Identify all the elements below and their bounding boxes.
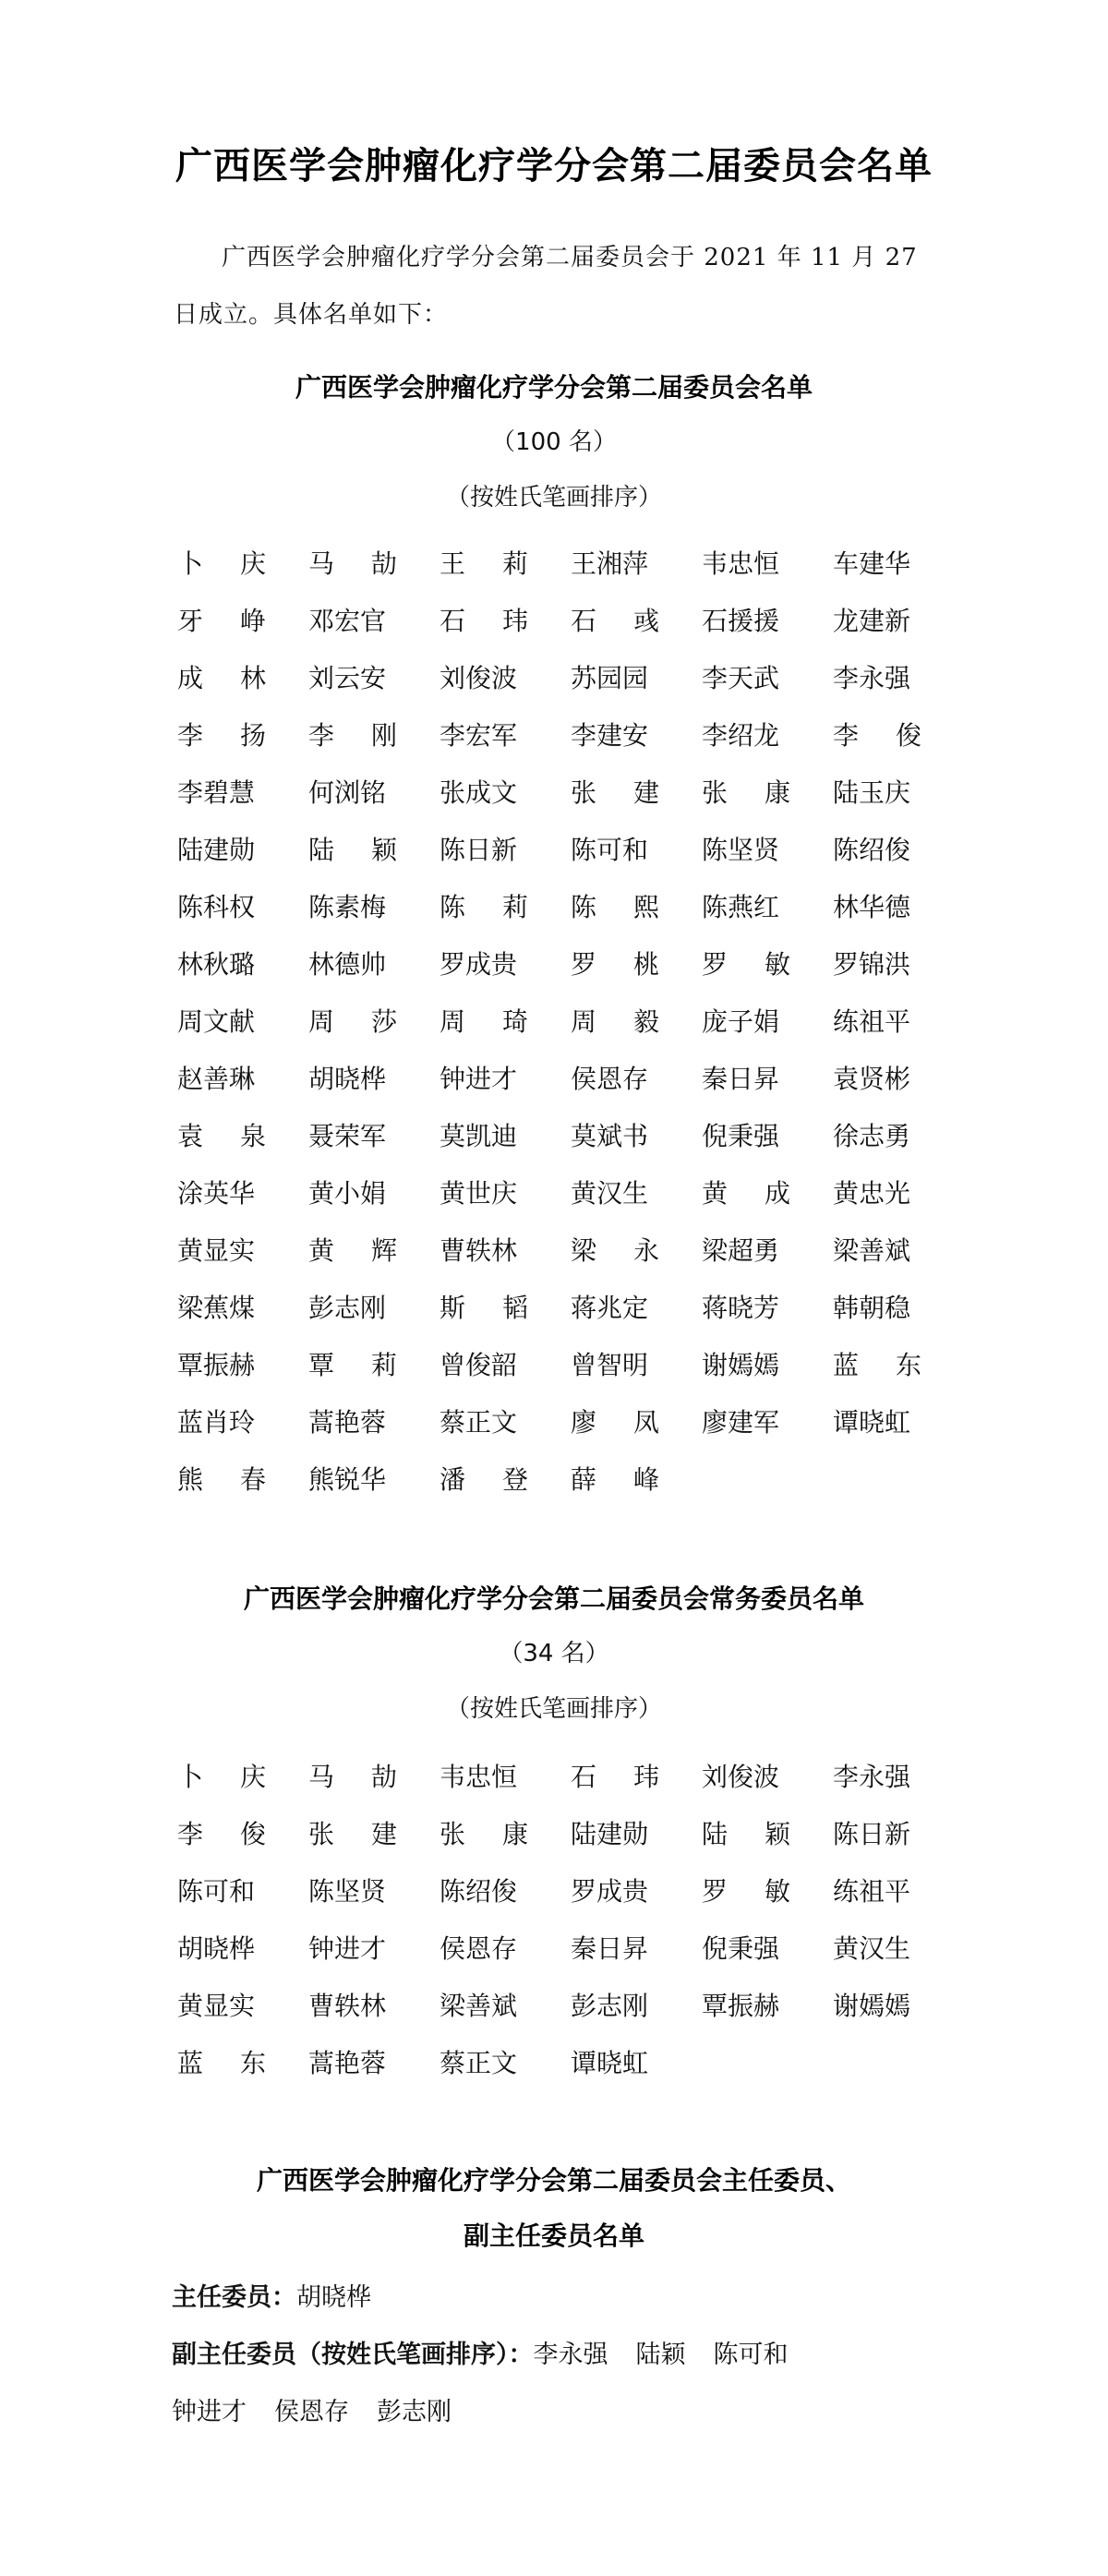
member-name: 李天武 (702, 658, 790, 695)
leadership-title-line2: 副主任委员名单 (0, 2216, 1108, 2253)
vice-chair-line-continued: 钟进才侯恩存彭志刚 (172, 2391, 966, 2427)
member-name: 蒿艳蓉 (308, 1402, 397, 1439)
member-name: 陈可和 (177, 1872, 266, 1908)
member-name: 梁善斌 (833, 1231, 921, 1268)
member-name: 蓝东 (833, 1345, 921, 1382)
member-name: 莫凯迪 (440, 1116, 528, 1153)
member-name: 陈素梅 (308, 887, 397, 924)
member-name: 陆建勋 (177, 830, 266, 867)
member-name: 李宏军 (440, 716, 528, 752)
member-name: 黄忠光 (833, 1174, 921, 1210)
member-name: 陈日新 (440, 830, 528, 867)
member-name: 周莎 (308, 1002, 397, 1039)
member-name: 罗锦洪 (833, 945, 921, 981)
member-name: 苏园园 (571, 658, 659, 695)
member-name: 徐志勇 (833, 1116, 921, 1153)
member-name: 袁贤彬 (833, 1059, 921, 1096)
member-name: 李永强 (833, 1757, 921, 1794)
member-name: 李俊 (833, 716, 921, 752)
member-name: 覃莉 (308, 1345, 397, 1382)
member-name: 蒋兆定 (571, 1288, 659, 1325)
member-name: 刘俊波 (440, 658, 528, 695)
member-name: 黄汉生 (833, 1929, 921, 1966)
member-name: 胡晓桦 (177, 1929, 266, 1966)
member-name: 周文献 (177, 1002, 266, 1039)
member-name: 蓝肖玲 (177, 1402, 266, 1439)
member-name: 黄显实 (177, 1986, 266, 2023)
member-name: 张康 (440, 1814, 528, 1851)
member-name: 韩朝稳 (833, 1288, 921, 1325)
member-name: 熊春 (177, 1460, 266, 1497)
member-name: 周琦 (440, 1002, 528, 1039)
document-title: 广西医学会肿瘤化疗学分会第二届委员会名单 (0, 137, 1108, 189)
committee-section-title: 广西医学会肿瘤化疗学分会第二届委员会名单 (0, 367, 1108, 404)
member-name: 胡晓桦 (308, 1059, 397, 1096)
member-name: 李扬 (177, 716, 266, 752)
chair-label: 主任委员： (172, 2283, 296, 2312)
member-name: 罗敏 (702, 1872, 790, 1908)
vice-chair-name: 侯恩存 (274, 2398, 349, 2426)
vice-chair-name: 钟进才 (172, 2398, 247, 2426)
member-name: 罗成贵 (571, 1872, 659, 1908)
member-name: 周毅 (571, 1002, 659, 1039)
vice-chair-name: 李永强 (534, 2341, 608, 2369)
member-name: 谭晓虹 (571, 2043, 659, 2080)
member-name: 刘云安 (308, 658, 397, 695)
member-name: 陈绍俊 (833, 830, 921, 867)
member-name: 谢嫣嫣 (833, 1986, 921, 2023)
member-name: 黄汉生 (571, 1174, 659, 1210)
member-name: 张成文 (440, 773, 528, 810)
member-name: 马劼 (308, 544, 397, 581)
member-name: 梁蕉煤 (177, 1288, 266, 1325)
member-name: 薛峰 (571, 1460, 659, 1497)
member-name: 牙峥 (177, 601, 266, 638)
member-name: 李建安 (571, 716, 659, 752)
member-name: 倪秉强 (702, 1116, 790, 1153)
member-name: 林华德 (833, 887, 921, 924)
member-name: 陆颖 (308, 830, 397, 867)
member-name: 张建 (571, 773, 659, 810)
member-name: 罗桃 (571, 945, 659, 981)
member-name: 梁永 (571, 1231, 659, 1268)
standing-committee-order-note: （按姓氏笔画排序） (0, 1690, 1108, 1724)
member-name: 车建华 (833, 544, 921, 581)
member-name: 张建 (308, 1814, 397, 1851)
member-name: 韦忠恒 (702, 544, 790, 581)
member-name: 韦忠恒 (440, 1757, 528, 1794)
member-name: 蔡正文 (440, 2043, 528, 2080)
leadership-title-line1: 广西医学会肿瘤化疗学分会第二届委员会主任委员、 (0, 2161, 1108, 2197)
member-name: 庞子娟 (702, 1002, 790, 1039)
member-name: 罗成贵 (440, 945, 528, 981)
member-name: 梁超勇 (702, 1231, 790, 1268)
member-name: 李绍龙 (702, 716, 790, 752)
member-name: 卜庆 (177, 544, 266, 581)
member-name: 覃振赫 (177, 1345, 266, 1382)
standing-committee-count: （34 名） (0, 1634, 1108, 1668)
member-name: 石玮 (440, 601, 528, 638)
member-name: 聂荣军 (308, 1116, 397, 1153)
member-name: 曹轶林 (440, 1231, 528, 1268)
member-name: 陈科权 (177, 887, 266, 924)
member-name: 练祖平 (833, 1002, 921, 1039)
member-name: 陈莉 (440, 887, 528, 924)
member-name: 王莉 (440, 544, 528, 581)
chair-name: 胡晓桦 (296, 2283, 371, 2312)
vice-chair-name: 陆颖 (636, 2341, 686, 2369)
member-name: 蒋晓芳 (702, 1288, 790, 1325)
vice-chair-label: 副主任委员（按姓氏笔画排序）： (172, 2341, 534, 2369)
member-name: 斯韬 (440, 1288, 528, 1325)
member-name: 龙建新 (833, 601, 921, 638)
member-name: 梁善斌 (440, 1986, 528, 2023)
member-name: 黄显实 (177, 1231, 266, 1268)
member-name: 成林 (177, 658, 266, 695)
member-name: 陈绍俊 (440, 1872, 528, 1908)
member-name: 曹轶林 (308, 1986, 397, 2023)
member-name: 何浏铭 (308, 773, 397, 810)
member-name: 袁泉 (177, 1116, 266, 1153)
member-name: 石玮 (571, 1757, 659, 1794)
committee-member-grid: 卜庆马劼王莉王湘萍韦忠恒车建华牙峥邓宏官石玮石彧石援援龙建新成林刘云安刘俊波苏园… (177, 534, 953, 1507)
member-name: 练祖平 (833, 1872, 921, 1908)
member-name: 陈坚贤 (308, 1872, 397, 1908)
member-name: 侯恩存 (440, 1929, 528, 1966)
member-name: 陈熙 (571, 887, 659, 924)
member-name: 曾俊韶 (440, 1345, 528, 1382)
member-name: 谭晓虹 (833, 1402, 921, 1439)
member-name: 石彧 (571, 601, 659, 638)
member-name: 李碧慧 (177, 773, 266, 810)
member-name: 邓宏官 (308, 601, 397, 638)
committee-order-note: （按姓氏笔画排序） (0, 478, 1108, 512)
member-name: 黄世庆 (440, 1174, 528, 1210)
member-name: 石援援 (702, 601, 790, 638)
member-name: 陈可和 (571, 830, 659, 867)
vice-chair-name: 彭志刚 (377, 2398, 452, 2426)
member-name: 刘俊波 (702, 1757, 790, 1794)
member-name: 蔡正文 (440, 1402, 528, 1439)
member-name: 陆玉庆 (833, 773, 921, 810)
member-name: 蓝东 (177, 2043, 266, 2080)
document-page: 广西医学会肿瘤化疗学分会第二届委员会名单 广西医学会肿瘤化疗学分会第二届委员会于… (0, 0, 1108, 2576)
member-name: 马劼 (308, 1757, 397, 1794)
member-name: 陆建勋 (571, 1814, 659, 1851)
member-name: 潘登 (440, 1460, 528, 1497)
member-name: 倪秉强 (702, 1929, 790, 1966)
member-name: 钟进才 (440, 1059, 528, 1096)
member-name: 林德帅 (308, 945, 397, 981)
member-name: 黄辉 (308, 1231, 397, 1268)
member-name: 罗敏 (702, 945, 790, 981)
member-name: 李刚 (308, 716, 397, 752)
member-name: 覃振赫 (702, 1986, 790, 2023)
member-name: 彭志刚 (571, 1986, 659, 2023)
member-name: 秦日昇 (571, 1929, 659, 1966)
intro-paragraph: 广西医学会肿瘤化疗学分会第二届委员会于 2021 年 11 月 27 日成立。具… (174, 229, 949, 343)
member-name: 陈坚贤 (702, 830, 790, 867)
member-name: 陈燕红 (702, 887, 790, 924)
member-name: 陆颖 (702, 1814, 790, 1851)
member-name: 曾智明 (571, 1345, 659, 1382)
member-name: 莫斌书 (571, 1116, 659, 1153)
member-name: 谢嫣嫣 (702, 1345, 790, 1382)
member-name: 李永强 (833, 658, 921, 695)
member-name: 钟进才 (308, 1929, 397, 1966)
member-name: 彭志刚 (308, 1288, 397, 1325)
member-name: 侯恩存 (571, 1059, 659, 1096)
member-name: 李俊 (177, 1814, 266, 1851)
member-name: 廖建军 (702, 1402, 790, 1439)
member-name: 陈日新 (833, 1814, 921, 1851)
member-name: 熊锐华 (308, 1460, 397, 1497)
member-name: 秦日昇 (702, 1059, 790, 1096)
chair-line: 主任委员：胡晓桦 (172, 2277, 966, 2313)
vice-chair-line: 副主任委员（按姓氏笔画排序）：李永强陆颖陈可和 (172, 2334, 966, 2370)
standing-committee-member-grid: 卜庆马劼韦忠恒石玮刘俊波李永强李俊张建张康陆建勋陆颖陈日新陈可和陈坚贤陈绍俊罗成… (177, 1747, 953, 2090)
member-name: 廖凤 (571, 1402, 659, 1439)
member-name: 赵善琳 (177, 1059, 266, 1096)
member-name: 蒿艳蓉 (308, 2043, 397, 2080)
member-name: 涂英华 (177, 1174, 266, 1210)
member-name: 黄成 (702, 1174, 790, 1210)
member-name: 卜庆 (177, 1757, 266, 1794)
standing-committee-section-title: 广西医学会肿瘤化疗学分会第二届委员会常务委员名单 (0, 1579, 1108, 1616)
committee-count: （100 名） (0, 423, 1108, 457)
vice-chair-name: 陈可和 (714, 2341, 789, 2369)
member-name: 黄小娟 (308, 1174, 397, 1210)
member-name: 林秋璐 (177, 945, 266, 981)
member-name: 王湘萍 (571, 544, 659, 581)
member-name: 张康 (702, 773, 790, 810)
